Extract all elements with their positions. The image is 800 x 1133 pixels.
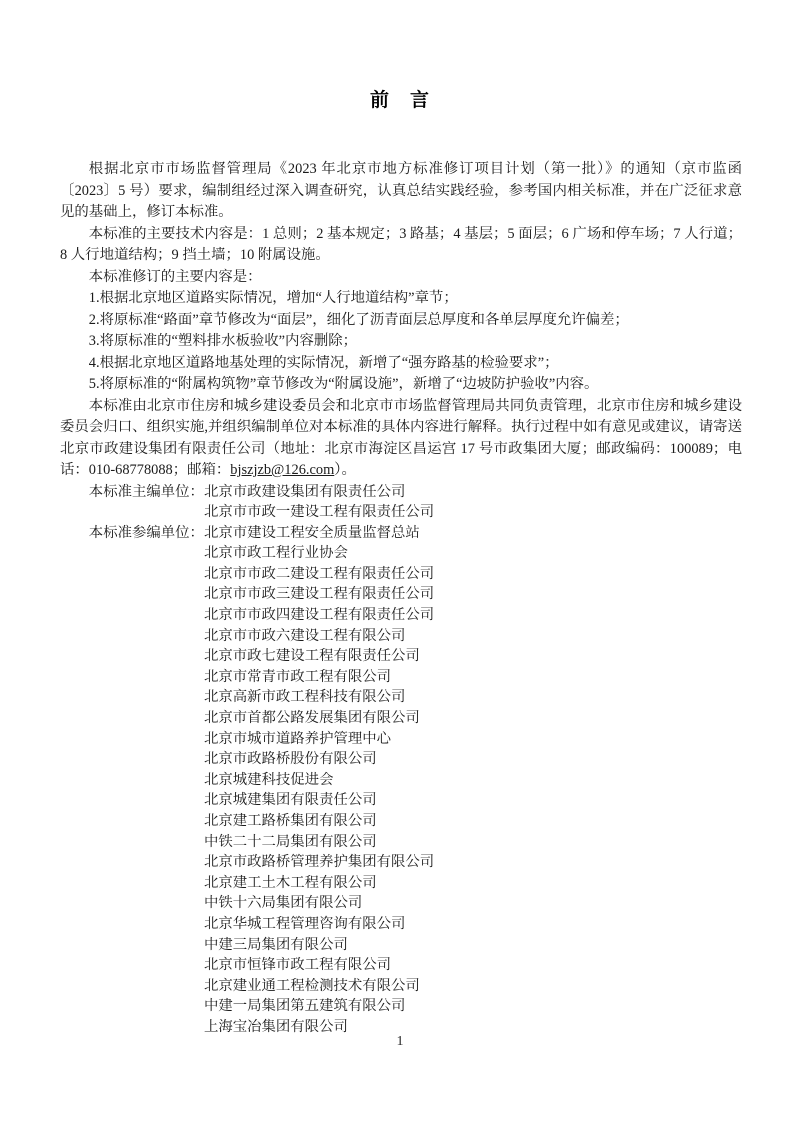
revision-item: 5.将原标准的“附属构筑物”章节修改为“附属设施”，新增了“边坡防护验收”内容。 (60, 374, 742, 396)
page-title: 前 言 (0, 0, 800, 112)
participant-unit: 北京市城市道路养护管理中心 (204, 729, 742, 750)
participant-unit: 中铁二十二局集团有限公司 (204, 832, 742, 853)
participant-unit: 北京市政路桥管理养护集团有限公司 (204, 852, 742, 873)
participant-unit: 中建一局集团第五建筑有限公司 (204, 996, 742, 1017)
management-text-after: ）。 (334, 462, 356, 478)
revision-item: 1.根据北京地区道路实际情况，增加“人行地道结构”章节； (60, 288, 742, 310)
management-text-before: 本标准由北京市住房和城乡建设委员会和北京市市场监督管理局共同负责管理，北京市住房… (60, 398, 742, 479)
revision-item: 3.将原标准的“塑料排水板验收”内容删除； (60, 331, 742, 353)
participant-unit: 北京市政路桥股份有限公司 (204, 749, 742, 770)
revision-item: 2.将原标准“路面”章节修改为“面层”，细化了沥青面层总厚度和各单层厚度允许偏差… (60, 310, 742, 332)
paragraph-notice: 根据北京市市场监督管理局《2023 年北京市地方标准修订项目计划（第一批）》的通… (60, 159, 742, 224)
participant-unit: 北京华城工程管理咨询有限公司 (204, 914, 742, 935)
participant-unit: 北京市首都公路发展集团有限公司 (204, 708, 742, 729)
participant-unit: 北京建工路桥集团有限公司 (204, 811, 742, 832)
participant-unit: 北京市市政二建设工程有限责任公司 (204, 564, 742, 585)
participant-units: 北京市建设工程安全质量监督总站北京市政工程行业协会北京市市政二建设工程有限责任公… (204, 523, 742, 1038)
participant-unit: 中建三局集团有限公司 (204, 935, 742, 956)
participant-unit: 北京高新市政工程科技有限公司 (204, 687, 742, 708)
participant-unit: 北京市市政六建设工程有限公司 (204, 626, 742, 647)
participant-unit: 北京建业通工程检测技术有限公司 (204, 976, 742, 997)
chief-editor-units: 北京市政建设集团有限责任公司北京市市政一建设工程有限责任公司 (204, 482, 742, 523)
participant-unit: 北京市市政三建设工程有限责任公司 (204, 584, 742, 605)
paragraph-revision-intro: 本标准修订的主要内容是： (60, 267, 742, 289)
document-body: 根据北京市市场监督管理局《2023 年北京市地方标准修订项目计划（第一批）》的通… (60, 159, 742, 1038)
participants-block: 本标准参编单位： 北京市建设工程安全质量监督总站北京市政工程行业协会北京市市政二… (60, 523, 742, 1038)
participant-unit: 中铁十六局集团有限公司 (204, 893, 742, 914)
participant-unit: 北京市建设工程安全质量监督总站 (204, 523, 742, 544)
paragraph-management: 本标准由北京市住房和城乡建设委员会和北京市市场监督管理局共同负责管理，北京市住房… (60, 396, 742, 482)
chief-editor-block: 本标准主编单位： 北京市政建设集团有限责任公司北京市市政一建设工程有限责任公司 (60, 482, 742, 523)
participant-unit: 北京城建集团有限责任公司 (204, 790, 742, 811)
page-number: 1 (0, 1034, 800, 1050)
participant-unit: 北京市常青市政工程有限公司 (204, 667, 742, 688)
participant-unit: 北京市市政四建设工程有限责任公司 (204, 605, 742, 626)
document-page: 前 言 根据北京市市场监督管理局《2023 年北京市地方标准修订项目计划（第一批… (0, 0, 800, 1133)
email-link[interactable]: bjszjzb@126.com (230, 462, 334, 478)
revision-items-list: 1.根据北京地区道路实际情况，增加“人行地道结构”章节；2.将原标准“路面”章节… (60, 288, 742, 396)
participant-unit: 北京建工土木工程有限公司 (204, 873, 742, 894)
revision-item: 4.根据北京地区道路地基处理的实际情况，新增了“强夯路基的检验要求”； (60, 353, 742, 375)
participants-label: 本标准参编单位： (89, 523, 204, 544)
chief-editor-label: 本标准主编单位： (89, 482, 204, 503)
participant-unit: 北京城建科技促进会 (204, 770, 742, 791)
participant-unit: 北京市恒锋市政工程有限公司 (204, 955, 742, 976)
participant-unit: 北京市政七建设工程有限责任公司 (204, 646, 742, 667)
chief-editor-unit: 北京市市政一建设工程有限责任公司 (204, 502, 742, 523)
chief-editor-unit: 北京市政建设集团有限责任公司 (204, 482, 742, 503)
participant-unit: 北京市政工程行业协会 (204, 543, 742, 564)
paragraph-technical-contents: 本标准的主要技术内容是：1 总则；2 基本规定；3 路基；4 基层；5 面层；6… (60, 224, 742, 267)
